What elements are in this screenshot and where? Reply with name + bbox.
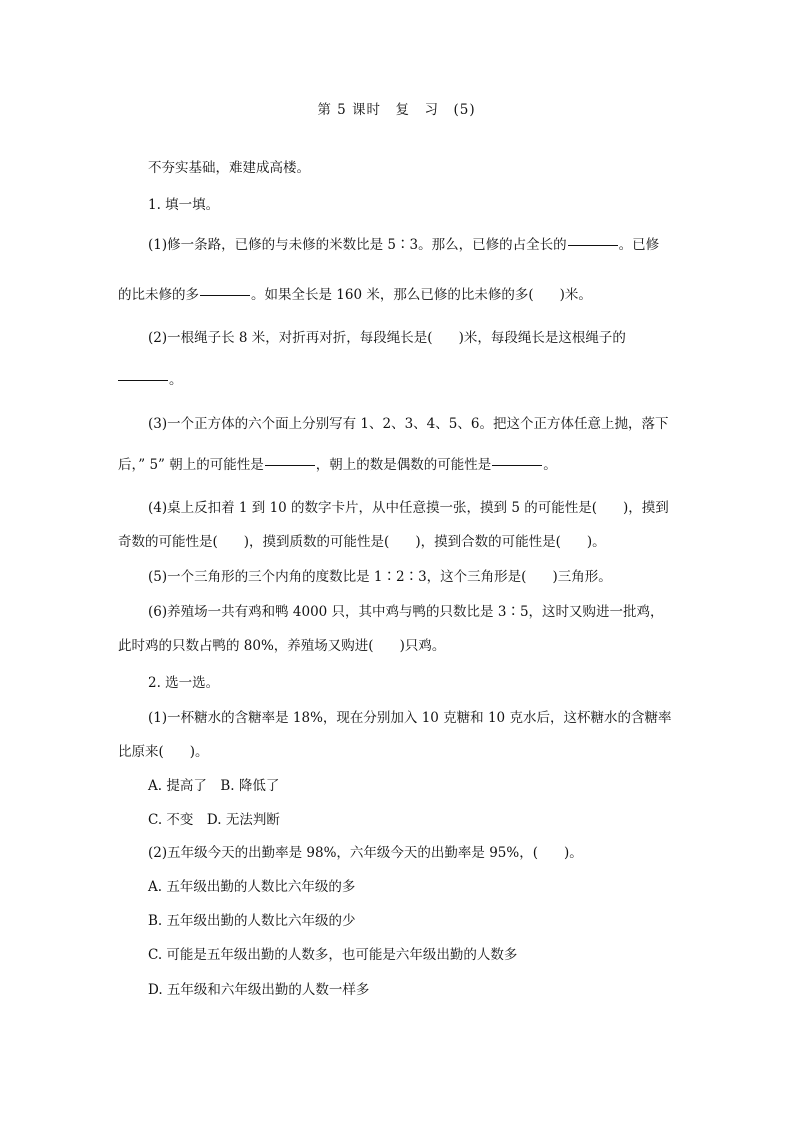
s1-q2-line2: 。 [118,370,183,390]
s1-q1-text-c: 的比未修的多 [118,287,199,303]
s2-q2-option-a: A. 五年级出勤的人数比六年级的多 [148,877,355,897]
s1-q6-line2: 此时鸡的只数占鸭的 80%，养殖场又购进()只鸡。 [118,636,445,656]
answer-blank-line[interactable] [118,380,168,381]
s1-q2-text-c: 。 [169,372,183,388]
s2-q2-option-c: C. 可能是五年级出勤的人数多，也可能是六年级出勤的人数多 [148,945,517,965]
answer-blank-line[interactable] [492,465,542,466]
s1-q6-line1: (6)养殖场一共有鸡和鸭 4000 只，其中鸡与鸭的只数比是 3∶5，这时又购进… [148,602,664,622]
s1-q1-line1: (1)修一条路，已修的与未修的米数比是 5∶3。那么，已修的占全长的。已修 [148,235,659,255]
s2-q2-text-b: )。 [564,845,583,861]
s1-q1-text-b: 。已修 [619,237,660,253]
s1-q5-line1: (5)一个三角形的三个内角的度数比是 1∶2∶3，这个三角形是()三角形。 [148,567,612,587]
s2-q1-options-cd: C. 不变 D. 无法判断 [148,810,280,830]
section-1-heading: 1. 填一填。 [148,195,219,215]
s1-q5-text-a: (5)一个三角形的三个内角的度数比是 1∶2∶3，这个三角形是( [148,569,526,585]
s1-q4-text-a: (4)桌上反扣着 1 到 10 的数字卡片，从中任意摸一张，摸到 5 的可能性是… [148,500,597,516]
s1-q3-line2: 后，” 5” 朝上的可能性是，朝上的数是偶数的可能性是。 [118,455,557,475]
page-title: 第 5 课时 复 习 (5) [0,100,793,120]
s1-q5-text-b: )三角形。 [552,569,611,585]
answer-blank-line[interactable] [265,465,315,466]
answer-blank-line[interactable] [568,245,618,246]
s1-q4-line1: (4)桌上反扣着 1 到 10 的数字卡片，从中任意摸一张，摸到 5 的可能性是… [148,498,669,518]
s1-q4-text-b: )，摸到 [623,500,669,516]
s1-q4-line2: 奇数的可能性是()，摸到质数的可能性是()，摸到合数的可能性是()。 [118,532,606,552]
s1-q2-line1: (2)一根绳子长 8 米，对折再对折，每段绳长是()米，每段绳长是这根绳子的 [148,328,626,348]
answer-blank-line[interactable] [200,295,250,296]
s1-q1-line2: 的比未修的多。如果全长是 160 米，那么已修的比未修的多()米。 [118,285,592,305]
s1-q3-line1: (3)一个正方体的六个面上分别写有 1、2、3、4、5、6。把这个正方体任意上抛… [148,414,668,434]
s2-q2-option-d: D. 五年级和六年级出勤的人数一样多 [148,980,369,1000]
s1-q6-text-b: 此时鸡的只数占鸭的 80%，养殖场又购进( [118,638,374,654]
s1-q3-text-b: 后，” 5” 朝上的可能性是 [118,457,264,473]
section-2-heading: 2. 选一选。 [148,673,219,693]
s1-q4-text-f: )。 [587,534,606,550]
s1-q3-text-c: ，朝上的数是偶数的可能性是 [316,457,492,473]
s2-q1-line1: (1)一杯糖水的含糖率是 18%，现在分别加入 10 克糖和 10 克水后，这杯… [148,708,671,728]
intro-motto: 不夯实基础，难建成高楼。 [148,158,310,178]
s1-q4-text-d: )，摸到质数的可能性是( [244,534,390,550]
s2-q1-text-b: 比原来( [118,744,164,760]
s1-q4-text-c: 奇数的可能性是( [118,534,218,550]
s1-q1-text-d: 。如果全长是 160 米，那么已修的比未修的多( [251,287,534,303]
s1-q4-text-e: )，摸到合数的可能性是( [415,534,561,550]
s2-q1-options-ab: A. 提高了 B. 降低了 [148,776,279,796]
s1-q1-text-e: )米。 [560,287,592,303]
s2-q1-line2: 比原来()。 [118,742,209,762]
s1-q2-text-b: )米，每段绳长是这根绳子的 [459,330,626,346]
s2-q2-line1: (2)五年级今天的出勤率是 98%，六年级今天的出勤率是 95%，()。 [148,843,583,863]
s2-q1-text-c: )。 [190,744,209,760]
s1-q3-text-d: 。 [543,457,557,473]
s1-q2-text-a: (2)一根绳子长 8 米，对折再对折，每段绳长是( [148,330,433,346]
s1-q1-text-a: (1)修一条路，已修的与未修的米数比是 5∶3。那么，已修的占全长的 [148,237,567,253]
s2-q2-option-b: B. 五年级出勤的人数比六年级的少 [148,911,356,931]
s2-q2-text-a: (2)五年级今天的出勤率是 98%，六年级今天的出勤率是 95%，( [148,845,538,861]
s1-q6-text-c: )只鸡。 [400,638,446,654]
